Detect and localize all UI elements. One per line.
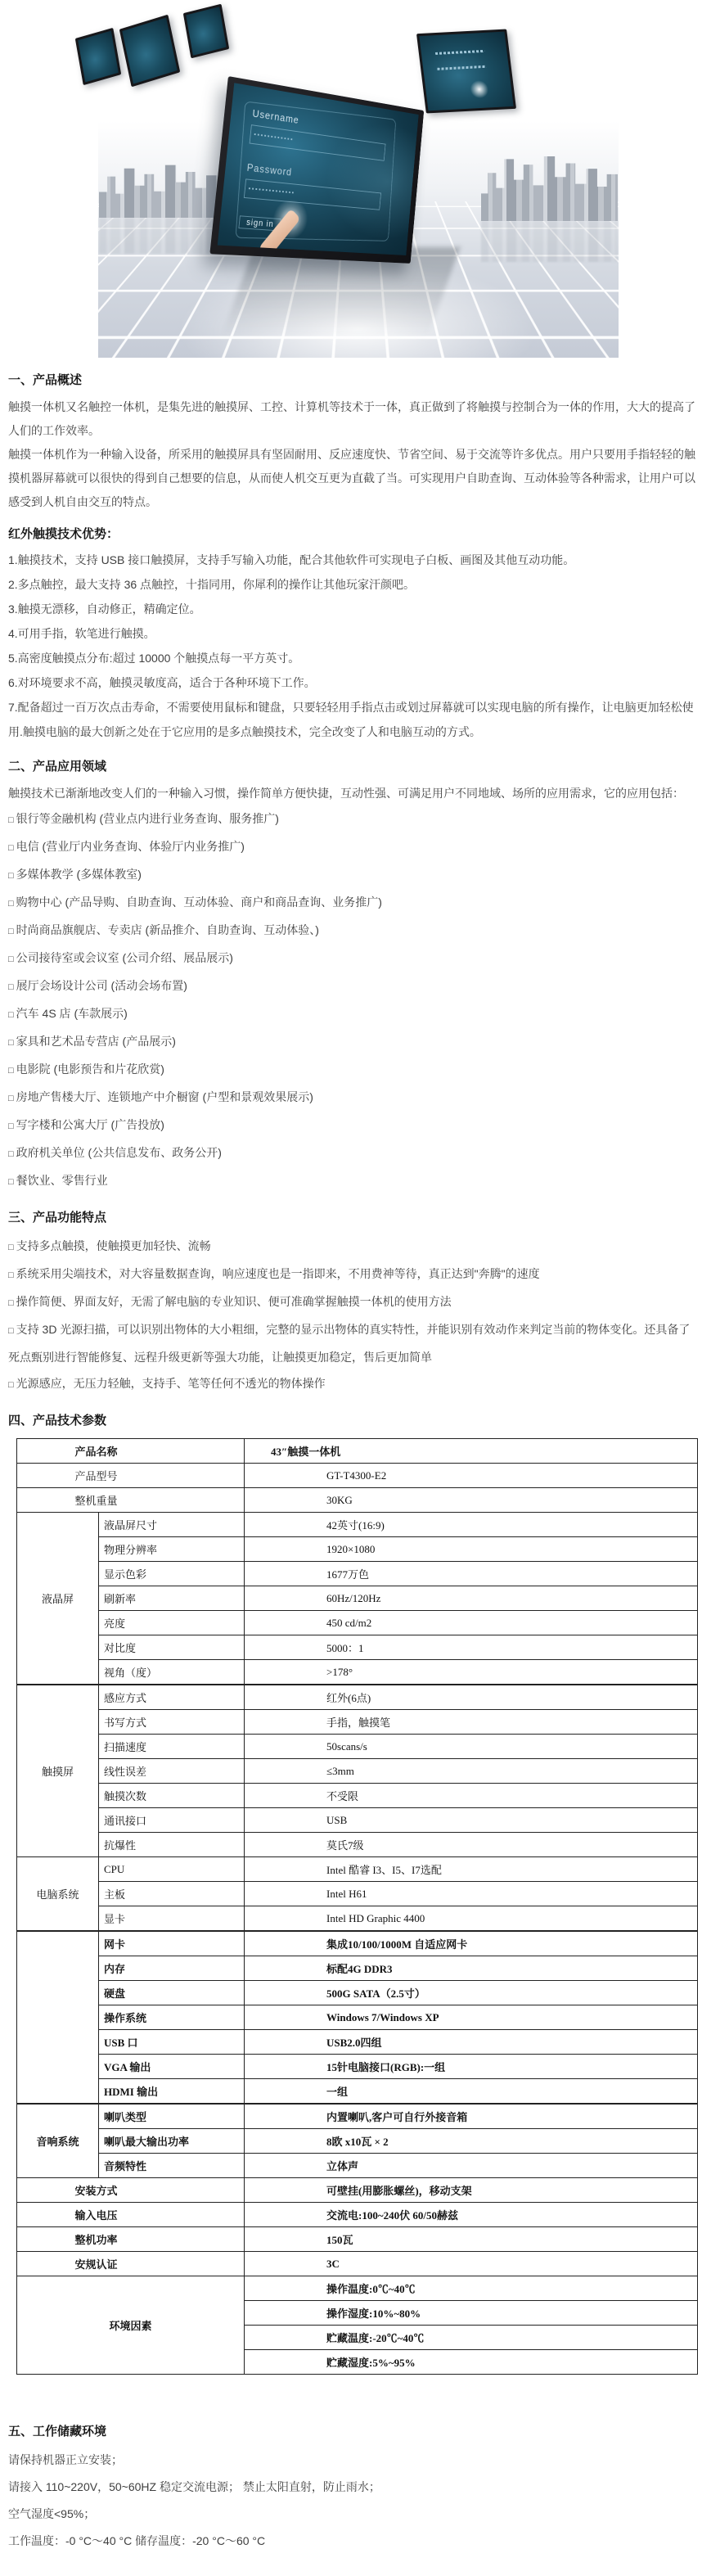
box-bullet-icon: □ [8,1326,14,1336]
spec-row: 音频特性立体声 [17,2154,698,2178]
box-bullet-icon: □ [8,954,14,964]
application-item: □写字楼和公寓大厅 (广告投放) [8,1112,700,1139]
environment-line: 工作温度：-0 °C～40 °C 储存温度：-20 °C～60 °C [8,2528,700,2555]
mini-touch-glow [470,79,490,98]
spec-label: 书写方式 [99,1710,245,1735]
spec-value: 操作湿度:10%~80% [245,2301,698,2326]
section-title-overview: 一、产品概述 [8,371,700,388]
spec-row: 硬盘500G SATA（2.5寸） [17,1981,698,2005]
application-item-text: 家具和艺术品专营店 (产品展示) [16,1035,176,1048]
application-item-text: 多媒体教学 (多媒体教室) [16,868,142,881]
spec-row: 主板Intel H61 [17,1882,698,1906]
feature-item: □系统采用尖端技术，对大容量数据查询，响应速度也是一指即来，不用费神等待，真正达… [8,1261,700,1288]
box-bullet-icon: □ [8,1066,14,1076]
application-item-text: 展厅会场设计公司 (活动会场布置) [16,979,187,992]
spec-value: 150瓦 [245,2227,698,2252]
small-monitor-4 [416,29,516,113]
small-monitor-3-screen [186,7,227,55]
box-bullet-icon: □ [8,815,14,825]
spec-row: 操作系统Windows 7/Windows XP [17,2005,698,2030]
environment-line: 请接入 110~220V，50~60HZ 稳定交流电源； 禁止太阳直射，防止雨水… [8,2474,700,2501]
spec-label: 整机重量 [17,1488,245,1513]
box-bullet-icon: □ [8,1010,14,1020]
spec-label: 输入电压 [17,2203,245,2227]
spec-group-label: 液晶屏 [17,1513,99,1685]
small-monitor-4-screen [419,32,513,111]
advantage-item: 1.触摸技术，支持 USB 接口触摸屏，支持手写输入功能，配合其他软件可实现电子… [8,548,700,572]
spec-table: 产品名称43″触摸一体机产品型号GT-T4300-E2整机重量30KG液晶屏液晶… [16,1438,698,2375]
spec-label: 音频特性 [99,2154,245,2178]
spec-row: 视角（度）>178° [17,1660,698,1685]
spec-row: 产品型号GT-T4300-E2 [17,1464,698,1488]
application-item: □餐饮业、零售行业 [8,1167,700,1195]
spec-value: GT-T4300-E2 [245,1464,698,1488]
feature-item: □支持 3D 光源扫描，可以识别出物体的大小粗细，完整的显示出物体的真实特性，并… [8,1316,700,1370]
spec-row: 产品名称43″触摸一体机 [17,1439,698,1464]
spec-value: 标配4G DDR3 [245,1956,698,1981]
spec-group-label: 音响系统 [17,2104,99,2178]
section-title-environment: 五、工作储藏环境 [8,2422,700,2439]
feature-item-text: 支持多点触摸，使触摸更加轻快、流畅 [16,1239,211,1252]
spec-label: 操作系统 [99,2005,245,2030]
box-bullet-icon: □ [8,1149,14,1159]
spec-label: 线性误差 [99,1759,245,1784]
feature-item: □光源感应，无压力轻触，支持手、笔等任何不透光的物体操作 [8,1370,700,1398]
environment-line-text: 空气湿度<95%； [8,2507,95,2520]
spec-row: 电脑系统CPUIntel 酷睿 I3、I5、I7选配 [17,1857,698,1882]
spec-value: Intel 酷睿 I3、I5、I7选配 [245,1857,698,1882]
application-item: □公司接待室或会议室 (公司介绍、展品展示) [8,945,700,972]
spec-row: 显示色彩1677万色 [17,1562,698,1586]
advantage-item-text: 7.配备超过一百万次点击寿命，不需要使用鼠标和键盘，只要轻轻用手指点击或划过屏幕… [8,701,694,738]
application-item: □多媒体教学 (多媒体教室) [8,861,700,889]
spec-label: USB 口 [99,2030,245,2055]
spec-value: 1920×1080 [245,1537,698,1562]
environment-line-text: 请保持机器正立安装； [8,2453,123,2466]
advantage-item-text: 3.触摸无漂移，自动修正，精确定位。 [8,602,201,616]
advantage-item-text: 2.多点触控，最大支持 36 点触控，十指同用，你犀利的操作让其他玩家汗颜吧。 [8,578,415,591]
spec-label: 硬盘 [99,1981,245,2005]
spec-label: 液晶屏尺寸 [99,1513,245,1537]
spec-row: 对比度5000：1 [17,1635,698,1660]
section-title-ir-advantages: 红外触摸技术优势： [8,525,700,542]
spec-value: 30KG [245,1488,698,1513]
spec-label: 显卡 [99,1906,245,1932]
spec-row: 液晶屏液晶屏尺寸42英寸(16:9) [17,1513,698,1537]
box-bullet-icon: □ [8,1094,14,1103]
spec-label: 产品名称 [17,1439,245,1464]
application-item-text: 电信 (营业厅内业务查询、体验厅内业务推广) [16,840,245,853]
application-item: □银行等金融机构 (营业点内进行业务查询、服务推广) [8,805,700,833]
big-monitor-screen: Username ▪▪▪▪▪▪▪▪▪▪▪▪ Password ▪▪▪▪▪▪▪▪▪… [218,83,419,255]
advantages-list: 1.触摸技术，支持 USB 接口触摸屏，支持手写输入功能，配合其他软件可实现电子… [8,548,700,744]
spec-row: 内存标配4G DDR3 [17,1956,698,1981]
spec-label: 内存 [99,1956,245,1981]
spec-value: 15针电脑接口(RGB):一组 [245,2055,698,2079]
overview-paragraph: 触摸一体机又名触控一体机，是集先进的触摸屏、工控、计算机等技术于一体，真正做到了… [8,395,700,443]
application-item-text: 公司接待室或会议室 (公司介绍、展品展示) [16,951,233,964]
spec-value: 集成10/100/1000M 自适应网卡 [245,1931,698,1956]
spec-label: 产品型号 [17,1464,245,1488]
spec-value: 1677万色 [245,1562,698,1586]
spec-label: CPU [99,1857,245,1882]
application-item-text: 银行等金融机构 (营业点内进行业务查询、服务推广) [16,812,279,825]
spec-row: 整机重量30KG [17,1488,698,1513]
spec-row: 安装方式可壁挂(用膨胀螺丝)，移动支架 [17,2178,698,2203]
spec-label: 喇叭类型 [99,2104,245,2129]
spec-row: 显卡Intel HD Graphic 4400 [17,1906,698,1932]
small-monitor-1 [75,28,121,85]
small-monitor-2-screen [122,18,177,84]
application-item-text: 房地产售楼大厅、连锁地产中介橱窗 (户型和景观效果展示) [16,1090,313,1103]
advantage-item: 5.高密度触摸点分布:超过 10000 个触摸点每一平方英寸。 [8,646,700,670]
spec-row: 扫描速度50scans/s [17,1735,698,1759]
spec-value: USB2.0四组 [245,2030,698,2055]
spec-group-label: 环境因素 [17,2276,245,2375]
section-title-specs: 四、产品技术参数 [8,1411,700,1428]
spec-value: Intel HD Graphic 4400 [245,1906,698,1932]
spec-label: 喇叭最大输出功率 [99,2129,245,2154]
spec-label: 亮度 [99,1611,245,1635]
environment-line: 请保持机器正立安装； [8,2447,700,2474]
spec-value: 8欧 x10瓦 × 2 [245,2129,698,2154]
mini-input-row [435,49,485,54]
spec-row: 音响系统喇叭类型内置喇叭,客户可自行外接音箱 [17,2104,698,2129]
product-description: 一、产品概述 触摸一体机又名触控一体机，是集先进的触摸屏、工控、计算机等技术于一… [0,371,711,2576]
spec-label: 感应方式 [99,1685,245,1710]
section-title-features: 三、产品功能特点 [8,1208,700,1225]
application-item: □汽车 4S 店 (车款展示) [8,1000,700,1028]
application-item-text: 汽车 4S 店 (车款展示) [16,1007,128,1020]
application-item: □电信 (营业厅内业务查询、体验厅内业务推广) [8,833,700,861]
spec-group-label: 电脑系统 [17,1857,99,1932]
spec-value: 60Hz/120Hz [245,1586,698,1611]
spec-value: 交流电:100~240伏 60/50赫兹 [245,2203,698,2227]
spec-label: 视角（度） [99,1660,245,1685]
application-item: □时尚商品旗舰店、专卖店 (新品推介、自助查询、互动体验、) [8,917,700,945]
spec-label: VGA 输出 [99,2055,245,2079]
applications-list: □银行等金融机构 (营业点内进行业务查询、服务推广)□电信 (营业厅内业务查询、… [8,805,700,1195]
advantage-item: 7.配备超过一百万次点击寿命，不需要使用鼠标和键盘，只要轻轻用手指点击或划过屏幕… [8,695,700,744]
spec-value: 5000：1 [245,1635,698,1660]
spec-value: 42英寸(16:9) [245,1513,698,1537]
spec-row: VGA 输出15针电脑接口(RGB):一组 [17,2055,698,2079]
advantage-item-text: 5.高密度触摸点分布:超过 10000 个触摸点每一平方英寸。 [8,652,299,665]
advantage-item-text: 6.对环境要求不高，触摸灵敏度高，适合于各种环境下工作。 [8,676,316,689]
spec-value: 可壁挂(用膨胀螺丝)，移动支架 [245,2178,698,2203]
application-item-text: 餐饮业、零售行业 [16,1174,108,1187]
environment-lines: 请保持机器正立安装；请接入 110~220V，50~60HZ 稳定交流电源； 禁… [8,2447,700,2555]
spec-row: 刷新率60Hz/120Hz [17,1586,698,1611]
spec-row: 整机功率150瓦 [17,2227,698,2252]
spec-row: 通讯接口USB [17,1808,698,1833]
application-item: □家具和艺术品专营店 (产品展示) [8,1028,700,1056]
spec-label: 显示色彩 [99,1562,245,1586]
application-item-text: 写字楼和公寓大厅 (广告投放) [16,1118,164,1131]
spec-row: USB 口USB2.0四组 [17,2030,698,2055]
spec-label: 主板 [99,1882,245,1906]
spec-label: 网卡 [99,1931,245,1956]
spec-label: 触摸次数 [99,1784,245,1808]
box-bullet-icon: □ [8,1298,14,1308]
spec-label: 整机功率 [17,2227,245,2252]
spec-value: Intel H61 [245,1882,698,1906]
spec-value: Windows 7/Windows XP [245,2005,698,2030]
feature-item-text: 支持 3D 光源扫描，可以识别出物体的大小粗细，完整的显示出物体的真实特性，并能… [8,1323,690,1364]
spec-value: 贮藏温度:-20℃~40℃ [245,2326,698,2350]
small-monitor-2 [119,15,180,88]
spec-value: 450 cd/m2 [245,1611,698,1635]
advantage-item: 6.对环境要求不高，触摸灵敏度高，适合于各种环境下工作。 [8,670,700,695]
feature-item: □支持多点触摸，使触摸更加轻快、流畅 [8,1233,700,1261]
box-bullet-icon: □ [8,982,14,992]
spec-value: 红外(6点) [245,1685,698,1710]
spec-row: 触摸次数不受限 [17,1784,698,1808]
spec-value: 贮藏湿度:5%~95% [245,2350,698,2375]
application-item: □展厅会场设计公司 (活动会场布置) [8,972,700,1000]
advantage-item-text: 4.可用手指，软笔进行触摸。 [8,627,155,640]
spec-value: USB [245,1808,698,1833]
spec-value: 一组 [245,2079,698,2105]
big-monitor-reflection [214,247,460,358]
section-title-applications: 二、产品应用领域 [8,757,700,774]
small-monitor-1-screen [78,31,119,83]
box-bullet-icon: □ [8,1270,14,1280]
spec-label: 刷新率 [99,1586,245,1611]
spec-value: 莫氏7级 [245,1833,698,1857]
spec-row: 环境因素操作温度:0℃~40℃ [17,2276,698,2301]
box-bullet-icon: □ [8,1177,14,1187]
spec-label: 通讯接口 [99,1808,245,1833]
spec-value: 3C [245,2252,698,2276]
big-monitor: Username ▪▪▪▪▪▪▪▪▪▪▪▪ Password ▪▪▪▪▪▪▪▪▪… [209,76,424,264]
environment-line: 空气湿度<95%； [8,2501,700,2528]
advantage-item: 3.触摸无漂移，自动修正，精确定位。 [8,597,700,621]
small-monitor-3 [183,4,229,59]
spec-label: 安装方式 [17,2178,245,2203]
feature-item: □操作简便、界面友好，无需了解电脑的专业知识、便可准确掌握触摸一体机的使用方法 [8,1288,700,1316]
spec-label: 扫描速度 [99,1735,245,1759]
spec-value: 43″触摸一体机 [245,1439,698,1464]
overview-paragraph: 触摸一体机作为一种输入设备，所采用的触摸屏具有坚固耐用、反应速度快、节省空间、易… [8,443,700,514]
spec-value: 不受限 [245,1784,698,1808]
spec-label: 抗爆性 [99,1833,245,1857]
environment-line-text: 请接入 110~220V，50~60HZ 稳定交流电源； 禁止太阳直射，防止雨水… [8,2480,380,2493]
spec-row: 线性误差≤3mm [17,1759,698,1784]
spec-value: >178° [245,1660,698,1685]
box-bullet-icon: □ [8,927,14,936]
advantage-item: 4.可用手指，软笔进行触摸。 [8,621,700,646]
environment-line-text: 工作温度：-0 °C～40 °C 储存温度：-20 °C～60 °C [8,2534,265,2547]
spec-row: 物理分辨率1920×1080 [17,1537,698,1562]
mini-input-row [437,65,487,70]
spec-row: 喇叭最大输出功率8欧 x10瓦 × 2 [17,2129,698,2154]
box-bullet-icon: □ [8,1380,14,1390]
spec-row: 输入电压交流电:100~240伏 60/50赫兹 [17,2203,698,2227]
spec-value: 立体声 [245,2154,698,2178]
spec-value: 50scans/s [245,1735,698,1759]
hero-banner: Username ▪▪▪▪▪▪▪▪▪▪▪▪ Password ▪▪▪▪▪▪▪▪▪… [0,0,711,358]
application-item-text: 购物中心 (产品导购、自助查询、互动体验、商户和商品查询、业务推广) [16,896,382,909]
application-item-text: 电影院 (电影预告和片花欣赏) [16,1062,164,1076]
application-item: □政府机关单位 (公共信息发布、政务公开) [8,1139,700,1167]
spec-row: 触摸屏感应方式红外(6点) [17,1685,698,1710]
advantage-item-text: 1.触摸技术，支持 USB 接口触摸屏，支持手写输入功能，配合其他软件可实现电子… [8,553,574,566]
application-item: □电影院 (电影预告和片花欣赏) [8,1056,700,1084]
spec-label: 安规认证 [17,2252,245,2276]
features-list: □支持多点触摸，使触摸更加轻快、流畅□系统采用尖端技术，对大容量数据查询，响应速… [8,1233,700,1398]
spec-value: 内置喇叭,客户可自行外接音箱 [245,2104,698,2129]
spec-row: HDMI 输出一组 [17,2079,698,2105]
application-item-text: 时尚商品旗舰店、专卖店 (新品推介、自助查询、互动体验、) [16,923,319,936]
applications-intro: 触摸技术已渐渐地改变人们的一种输入习惯，操作简单方便快捷，互动性强、可满足用户不… [8,782,700,805]
spec-value: 手指，触摸笔 [245,1710,698,1735]
box-bullet-icon: □ [8,899,14,909]
spec-value: ≤3mm [245,1759,698,1784]
spec-group-label: 触摸屏 [17,1685,99,1857]
spec-label: 物理分辨率 [99,1537,245,1562]
box-bullet-icon: □ [8,843,14,853]
application-item: □购物中心 (产品导购、自助查询、互动体验、商户和商品查询、业务推广) [8,889,700,917]
box-bullet-icon: □ [8,871,14,881]
advantage-item: 2.多点触控，最大支持 36 点触控，十指同用，你犀利的操作让其他玩家汗颜吧。 [8,572,700,597]
application-item-text: 政府机关单位 (公共信息发布、政务公开) [16,1146,222,1159]
spec-group-label [17,1931,99,2104]
spec-value: 操作温度:0℃~40℃ [245,2276,698,2301]
feature-item-text: 操作简便、界面友好，无需了解电脑的专业知识、便可准确掌握触摸一体机的使用方法 [16,1295,452,1308]
box-bullet-icon: □ [8,1121,14,1131]
application-item: □房地产售楼大厅、连锁地产中介橱窗 (户型和景观效果展示) [8,1084,700,1112]
spec-row: 安规认证3C [17,2252,698,2276]
box-bullet-icon: □ [8,1038,14,1048]
spec-row: 亮度450 cd/m2 [17,1611,698,1635]
spec-label: 对比度 [99,1635,245,1660]
spec-row: 网卡集成10/100/1000M 自适应网卡 [17,1931,698,1956]
feature-item-text: 光源感应，无压力轻触，支持手、笔等任何不透光的物体操作 [16,1377,326,1390]
spec-row: 抗爆性莫氏7级 [17,1833,698,1857]
spec-value: 500G SATA（2.5寸） [245,1981,698,2005]
spec-label: HDMI 输出 [99,2079,245,2105]
spec-row: 书写方式手指，触摸笔 [17,1710,698,1735]
feature-item-text: 系统采用尖端技术，对大容量数据查询，响应速度也是一指即来，不用费神等待，真正达到… [16,1267,540,1280]
box-bullet-icon: □ [8,1243,14,1252]
skyline-right-reflection [481,221,618,262]
